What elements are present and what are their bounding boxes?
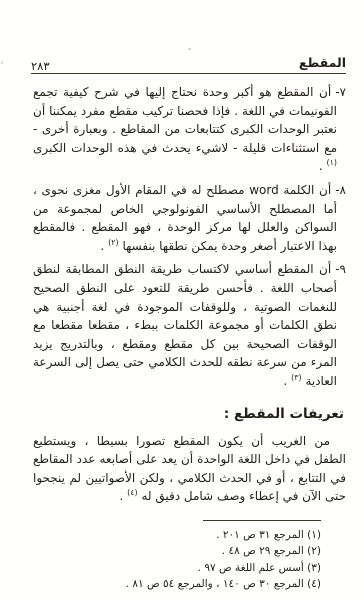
footnote-marker: (٣) bbox=[307, 562, 321, 574]
footnote-4: (٤) المرجع ٣٠ ص ١٤٠ ، والمرجع ٥٤ ص ٨١ . bbox=[33, 576, 321, 592]
footnote-1: (١) المرجع ٣١ ص ٢٠١ . bbox=[33, 527, 321, 543]
scan-speck bbox=[188, 48, 191, 50]
item-tail: . bbox=[283, 374, 291, 388]
running-head-title: المقطع bbox=[299, 55, 346, 70]
footnote-marker: (٢) bbox=[307, 545, 321, 557]
section-paragraph: من الغريب أن يكون المقطع تصورا بسيطا ، و… bbox=[33, 432, 346, 506]
footnote-divider bbox=[203, 520, 321, 521]
paragraph-text: من الغريب أن يكون المقطع تصورا بسيطا ، و… bbox=[33, 434, 346, 504]
page-header: المقطع ٢٨٣ bbox=[31, 55, 346, 70]
item-text: أن المقطع هو أكبر وحدة نحتاج إليها في شر… bbox=[33, 85, 337, 155]
footnote-text: المرجع ٣٠ ص ١٤٠ ، والمرجع ٥٤ ص ٨١ . bbox=[126, 578, 304, 590]
footnote-ref-2: (٢) bbox=[108, 238, 119, 247]
footnote-ref-1: (١) bbox=[326, 158, 337, 167]
footnote-2: (٢) المرجع ٢٩ ص ٤٨ . bbox=[33, 543, 321, 559]
header-divider bbox=[31, 73, 346, 74]
item-text: أن الكلمة word مصطلح له في المقام الأول … bbox=[33, 183, 337, 253]
item-number: ٨- bbox=[335, 183, 346, 197]
page-number: ٢٨٣ bbox=[31, 59, 50, 73]
page-body: ٧-أن المقطع هو أكبر وحدة نحتاج إليها في … bbox=[33, 83, 346, 593]
item-number: ٩- bbox=[335, 262, 346, 276]
footnote-ref-3: (٣) bbox=[291, 373, 302, 382]
footnote-text: المرجع ٣١ ص ٢٠١ . bbox=[216, 529, 304, 541]
numbered-item-7: ٧-أن المقطع هو أكبر وحدة نحتاج إليها في … bbox=[33, 83, 346, 176]
scan-speck bbox=[1, 61, 3, 64]
section-heading: تعريفات المقطع : bbox=[33, 406, 344, 422]
book-page: المقطع ٢٨٣ ٧-أن المقطع هو أكبر وحدة نحتا… bbox=[0, 0, 364, 599]
footnote-ref-4: (٤) bbox=[127, 488, 138, 497]
footnote-text: المرجع ٢٩ ص ٤٨ . bbox=[222, 545, 304, 557]
item-text: أن المقطع أساسي لاكتساب طريقة النطق المط… bbox=[33, 262, 337, 388]
footnote-marker: (١) bbox=[307, 529, 321, 541]
item-number: ٧- bbox=[335, 85, 346, 99]
footnote-3: (٣) أسس علم اللغة ص ٩٧ . bbox=[33, 560, 321, 576]
numbered-item-8: ٨-أن الكلمة word مصطلح له في المقام الأو… bbox=[33, 181, 346, 255]
numbered-item-9: ٩-أن المقطع أساسي لاكتساب طريقة النطق ال… bbox=[33, 260, 346, 390]
footnotes-block: (١) المرجع ٣١ ص ٢٠١ . (٢) المرجع ٢٩ ص ٤٨… bbox=[33, 527, 346, 593]
paragraph-tail: . bbox=[119, 489, 127, 503]
footnote-marker: (٤) bbox=[307, 578, 321, 590]
footnote-text: أسس علم اللغة ص ٩٧ . bbox=[198, 562, 304, 574]
item-tail: . bbox=[100, 239, 108, 253]
